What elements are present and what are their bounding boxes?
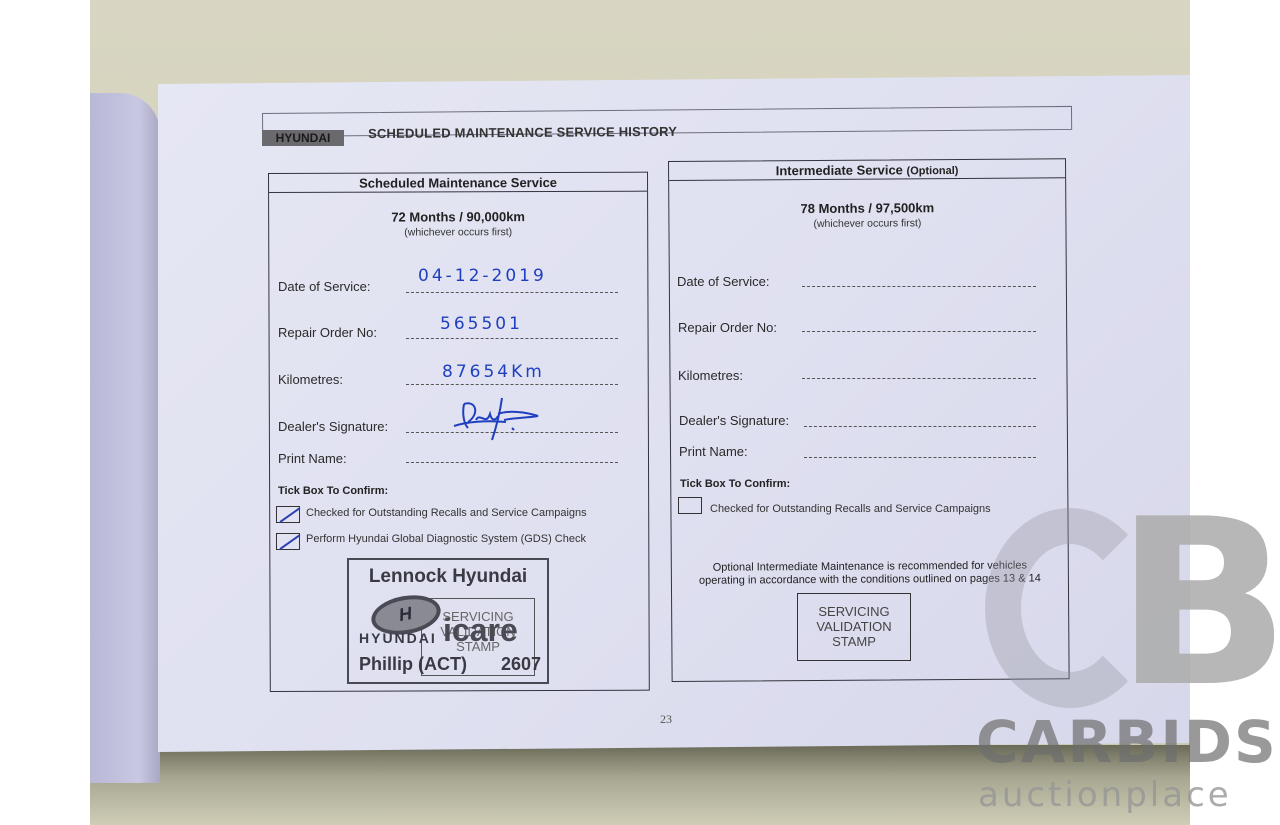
signature-scribble	[446, 392, 546, 442]
int-tick-title: Tick Box To Confirm:	[680, 478, 790, 490]
recalls-checkbox[interactable]	[276, 506, 300, 523]
interval-note: (whichever occurs first)	[269, 226, 647, 239]
left-page-edge	[90, 93, 160, 783]
repair-value: 565501	[440, 314, 523, 334]
date-value: 04-12-2019	[418, 266, 547, 286]
dealer-name: Lennock Hyundai	[349, 566, 547, 588]
brand-label: HYUNDAI	[262, 130, 344, 146]
watermark-b-letter: B	[1115, 505, 1280, 705]
stamp-line-3: STAMP	[798, 634, 910, 649]
watermark-brand: CARBIDS	[976, 712, 1278, 772]
intermediate-interval: 78 Months / 97,500km (whichever occurs f…	[669, 199, 1065, 231]
scheduled-heading: Scheduled Maintenance Service	[269, 173, 647, 193]
optional-suffix: (Optional)	[906, 165, 958, 177]
gds-checkbox[interactable]	[276, 533, 300, 550]
stamp-line-1: SERVICING	[798, 604, 910, 619]
stamp-line-2: VALIDATION	[798, 619, 910, 634]
interval-text: 78 Months / 97,500km	[669, 199, 1065, 217]
stamp-program: icare	[443, 612, 518, 649]
signature-label: Dealer's Signature:	[278, 419, 388, 434]
intermediate-heading: Intermediate Service (Optional)	[669, 159, 1065, 181]
page-number: 23	[660, 712, 672, 727]
int-repair-label: Repair Order No:	[678, 320, 777, 335]
km-value: 87654Km	[442, 362, 545, 382]
date-line[interactable]	[406, 292, 618, 293]
dealer-stamp: Lennock Hyundai H HYUNDAI icare Phillip …	[347, 558, 549, 684]
stamp-suburb: Phillip (ACT)	[359, 654, 467, 675]
km-line[interactable]	[406, 384, 618, 385]
int-signature-line[interactable]	[804, 426, 1036, 427]
recalls-label: Checked for Outstanding Recalls and Serv…	[306, 507, 587, 519]
int-date-label: Date of Service:	[677, 274, 770, 289]
date-label: Date of Service:	[278, 279, 371, 294]
gds-label: Perform Hyundai Global Diagnostic System…	[306, 533, 586, 545]
document-title: SCHEDULED MAINTENANCE SERVICE HISTORY	[368, 124, 677, 141]
int-signature-label: Dealer's Signature:	[679, 413, 789, 428]
int-print-name-line[interactable]	[804, 457, 1036, 458]
watermark-tagline: auctionplace	[978, 775, 1232, 815]
km-label: Kilometres:	[278, 372, 343, 387]
intermediate-heading-text: Intermediate Service	[776, 162, 903, 178]
repair-label: Repair Order No:	[278, 325, 377, 340]
scheduled-interval: 72 Months / 90,000km (whichever occurs f…	[269, 209, 647, 239]
repair-line[interactable]	[406, 338, 618, 339]
print-name-line[interactable]	[406, 462, 618, 463]
int-recalls-checkbox[interactable]	[678, 497, 702, 514]
stamp-brand: HYUNDAI	[359, 630, 437, 646]
int-km-line[interactable]	[802, 378, 1036, 379]
tick-title: Tick Box To Confirm:	[278, 485, 388, 497]
int-km-label: Kilometres:	[678, 368, 743, 383]
int-recalls-label: Checked for Outstanding Recalls and Serv…	[710, 503, 991, 515]
int-date-line[interactable]	[802, 286, 1036, 287]
int-validation-stamp-box: SERVICING VALIDATION STAMP	[797, 593, 911, 661]
interval-text: 72 Months / 90,000km	[269, 209, 647, 225]
int-print-name-label: Print Name:	[679, 444, 748, 459]
int-repair-line[interactable]	[802, 331, 1036, 332]
stamp-postcode: 2607	[501, 654, 541, 675]
interval-note: (whichever occurs first)	[669, 216, 1065, 231]
print-name-label: Print Name:	[278, 451, 347, 466]
